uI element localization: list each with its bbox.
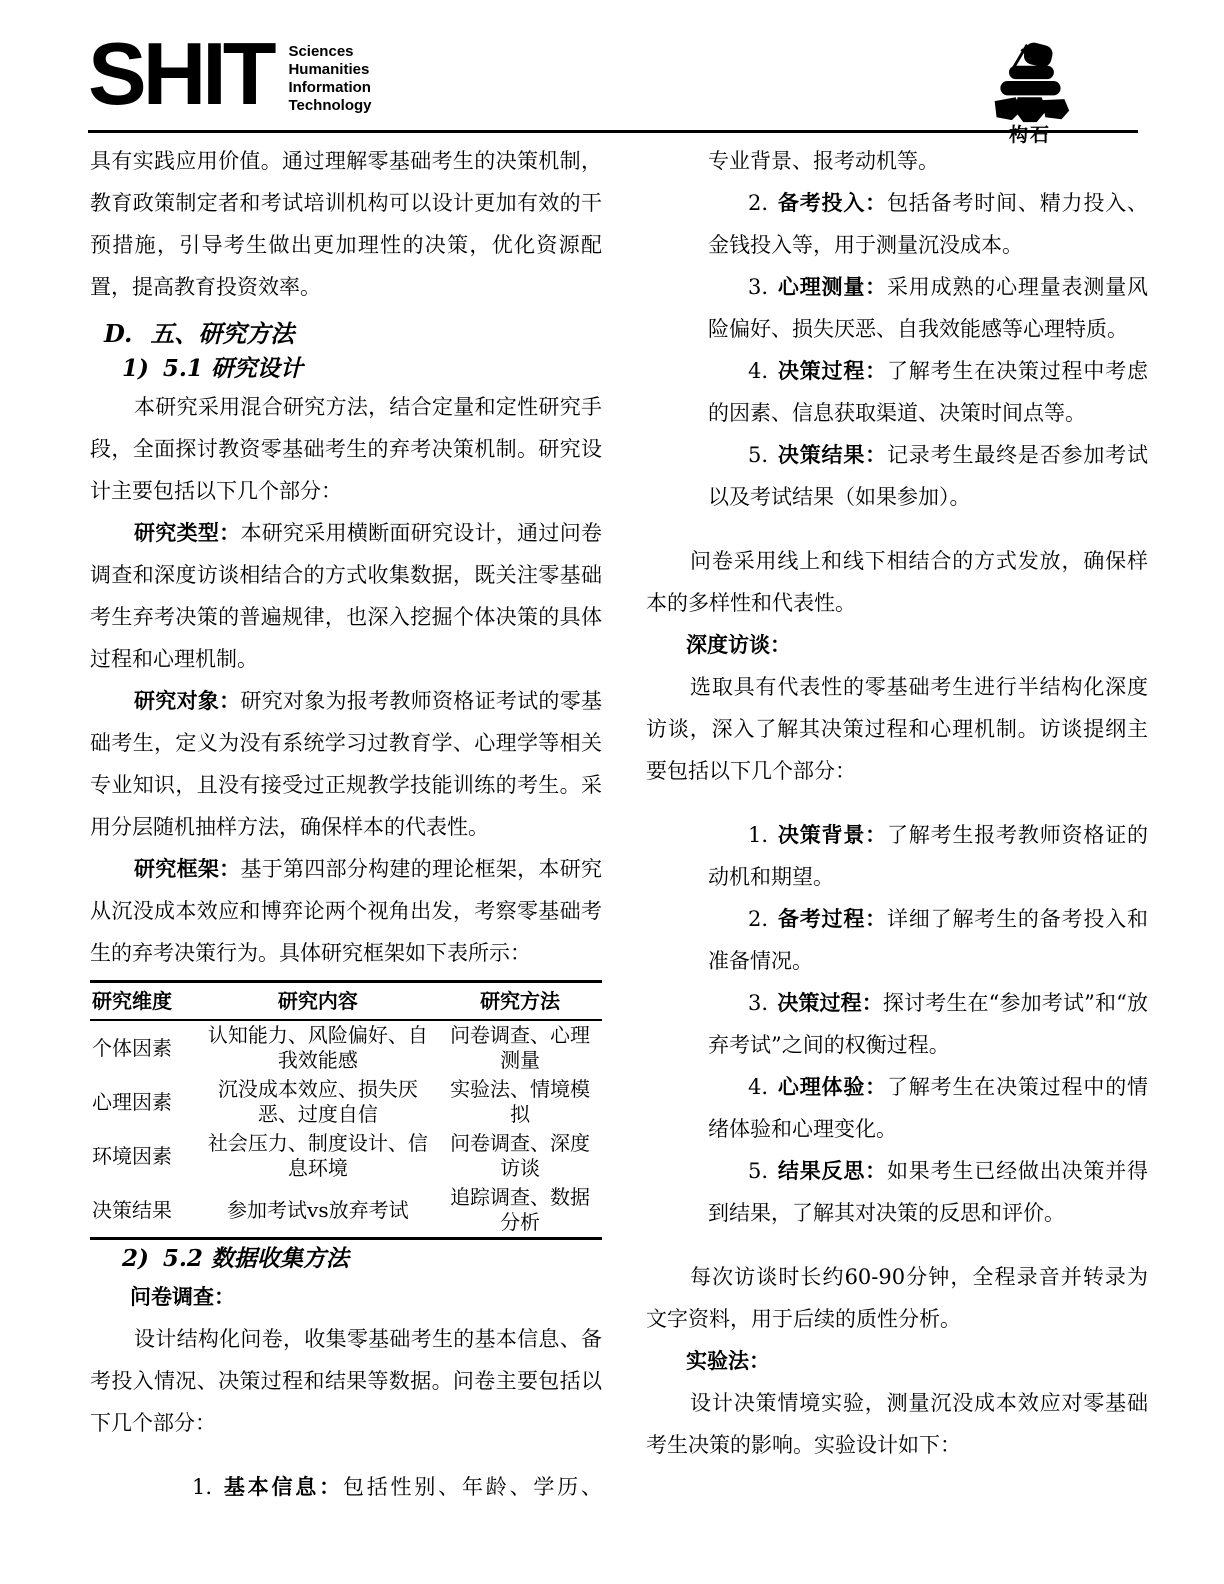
cairn-logo-icon bbox=[982, 38, 1078, 124]
list-item-decision-process: 4.决策过程：了解考生在决策过程中考虑的因素、信息获取渠道、决策时间点等。 bbox=[708, 350, 1148, 434]
table-cell: 社会压力、制度设计、信息环境 bbox=[198, 1129, 439, 1183]
spacer bbox=[646, 1234, 1148, 1256]
list-label: 结果反思： bbox=[777, 1158, 887, 1183]
publisher-stamp: 构石 bbox=[972, 38, 1088, 145]
section-heading-methods: D.五、研究方法 bbox=[90, 316, 602, 352]
spacer bbox=[90, 1444, 602, 1466]
list-number: 5. bbox=[748, 1159, 768, 1183]
list-label: 基本信息： bbox=[221, 1474, 343, 1499]
table-row: 决策结果 参加考试vs放弃考试 追踪调查、数据分析 bbox=[90, 1183, 602, 1239]
table-cell: 实验法、情境模拟 bbox=[438, 1075, 602, 1129]
page: SHIT Sciences Humanities Information Tec… bbox=[0, 0, 1224, 1584]
list-text: 记录考生最终是否参加考试以及考试结果（如果参加）。 bbox=[708, 443, 1148, 509]
list-item-prep-process: 2.备考过程：详细了解考生的备考投入和准备情况。 bbox=[708, 898, 1148, 982]
list-number: 3. bbox=[748, 275, 768, 299]
list-label: 决策过程： bbox=[777, 358, 887, 383]
table-cell: 问卷调查、深度访谈 bbox=[438, 1129, 602, 1183]
list-label: 备考过程： bbox=[777, 906, 887, 931]
table-cell: 问卷调查、心理测量 bbox=[438, 1020, 602, 1075]
list-item-decision-weighing: 3.决策过程：探讨考生在“参加考试”和“放弃考试”之间的权衡过程。 bbox=[708, 982, 1148, 1066]
table-cell: 环境因素 bbox=[90, 1129, 198, 1183]
paragraph-interview: 选取具有代表性的零基础考生进行半结构化深度访谈，深入了解其决策过程和心理机制。访… bbox=[646, 666, 1148, 792]
paragraph-research-type: 研究类型：本研究采用横断面研究设计，通过问卷调查和深度访谈相结合的方式收集数据，… bbox=[90, 512, 602, 680]
table-header-cell: 研究方法 bbox=[438, 982, 602, 1021]
journal-brand: SHIT Sciences Humanities Information Tec… bbox=[88, 36, 372, 115]
list-number: 5. bbox=[748, 443, 768, 467]
paragraph-distribution: 问卷采用线上和线下相结合的方式发放，确保样本的多样性和代表性。 bbox=[646, 540, 1148, 624]
list-text: 包括性别、年龄、学历、 bbox=[343, 1475, 602, 1499]
list-text: 探讨考生在“参加考试”和“放弃考试”之间的权衡过程。 bbox=[708, 991, 1148, 1057]
list-text: 了解考生在决策过程中的情绪体验和心理变化。 bbox=[708, 1075, 1148, 1141]
list-item-psych-experience: 4.心理体验：了解考生在决策过程中的情绪体验和心理变化。 bbox=[708, 1066, 1148, 1150]
list-label: 决策过程： bbox=[777, 990, 883, 1015]
header-rule bbox=[88, 130, 1138, 133]
paragraph-research-frame: 研究框架：基于第四部分构建的理论框架，本研究从沉没成本效应和博弈论两个视角出发，… bbox=[90, 848, 602, 974]
list-label: 决策结果： bbox=[777, 442, 887, 467]
list-text: 如果考生已经做出决策并得到结果，了解其对决策的反思和评价。 bbox=[708, 1159, 1148, 1225]
label-experiment: 实验法： bbox=[646, 1340, 1148, 1382]
subsection-title: 5.1 研究设计 bbox=[163, 355, 303, 382]
table-header-cell: 研究内容 bbox=[198, 982, 439, 1021]
label-interview: 深度访谈： bbox=[646, 624, 1148, 666]
table-row: 环境因素 社会压力、制度设计、信息环境 问卷调查、深度访谈 bbox=[90, 1129, 602, 1183]
table-header-row: 研究维度 研究内容 研究方法 bbox=[90, 982, 602, 1021]
list-number: 1. bbox=[748, 823, 768, 847]
table-cell: 心理因素 bbox=[90, 1075, 198, 1129]
list-text: 详细了解考生的备考投入和准备情况。 bbox=[708, 907, 1148, 973]
subsection-number: 2) bbox=[122, 1245, 149, 1272]
table-cell: 沉没成本效应、损失厌恶、过度自信 bbox=[198, 1075, 439, 1129]
section-number: D. bbox=[104, 319, 132, 348]
list-number: 3. bbox=[748, 991, 768, 1015]
subsection-number: 1) bbox=[122, 355, 149, 382]
brand-word: Sciences bbox=[288, 43, 371, 61]
table-row: 心理因素 沉没成本效应、损失厌恶、过度自信 实验法、情境模拟 bbox=[90, 1075, 602, 1129]
table-cell: 认知能力、风险偏好、自我效能感 bbox=[198, 1020, 439, 1075]
paragraph-interview-duration: 每次访谈时长约60-90分钟，全程录音并转录为文字资料，用于后续的质性分析。 bbox=[646, 1256, 1148, 1340]
list-text: 了解考生报考教师资格证的动机和期望。 bbox=[708, 823, 1148, 889]
list-item-psychometrics: 3.心理测量：采用成熟的心理量表测量风险偏好、损失厌恶、自我效能感等心理特质。 bbox=[708, 266, 1148, 350]
section-title: 五、研究方法 bbox=[150, 319, 294, 348]
spacer bbox=[646, 518, 1148, 540]
list-item-result-reflection: 5.结果反思：如果考生已经做出决策并得到结果，了解其对决策的反思和评价。 bbox=[708, 1150, 1148, 1234]
table-cell: 决策结果 bbox=[90, 1183, 198, 1239]
table-header-cell: 研究维度 bbox=[90, 982, 198, 1021]
list-item-basic-info: 1.基本信息：包括性别、年龄、学历、 bbox=[152, 1466, 602, 1508]
paragraph-research-subject: 研究对象：研究对象为报考教师资格证考试的零基础考生，定义为没有系统学习过教育学、… bbox=[90, 680, 602, 848]
brand-words: Sciences Humanities Information Technolo… bbox=[288, 43, 371, 115]
list-text: 了解考生在决策过程中考虑的因素、信息获取渠道、决策时间点等。 bbox=[708, 359, 1148, 425]
list-item-prep-investment: 2.备考投入：包括备考时间、精力投入、金钱投入等，用于测量沉没成本。 bbox=[708, 182, 1148, 266]
research-framework-table: 研究维度 研究内容 研究方法 个体因素 认知能力、风险偏好、自我效能感 问卷调查… bbox=[90, 980, 602, 1240]
table-cell: 参加考试vs放弃考试 bbox=[198, 1183, 439, 1239]
label-questionnaire: 问卷调查： bbox=[90, 1276, 602, 1318]
paragraph-experiment: 设计决策情境实验，测量沉没成本效应对零基础考生决策的影响。实验设计如下： bbox=[646, 1382, 1148, 1466]
paragraph-lead: 研究对象： bbox=[134, 688, 240, 713]
list-label: 心理体验： bbox=[777, 1074, 887, 1099]
column-left: 具有实践应用价值。通过理解零基础考生的决策机制，教育政策制定者和考试培训机构可以… bbox=[90, 140, 602, 1508]
paragraph-intro: 具有实践应用价值。通过理解零基础考生的决策机制，教育政策制定者和考试培训机构可以… bbox=[90, 140, 602, 308]
list-item-decision-background: 1.决策背景：了解考生报考教师资格证的动机和期望。 bbox=[708, 814, 1148, 898]
table-row: 个体因素 认知能力、风险偏好、自我效能感 问卷调查、心理测量 bbox=[90, 1020, 602, 1075]
subsection-title: 5.2 数据收集方法 bbox=[163, 1245, 349, 1272]
list-number: 1. bbox=[192, 1475, 212, 1499]
list-label: 备考投入： bbox=[777, 190, 887, 215]
column-right: 专业背景、报考动机等。 2.备考投入：包括备考时间、精力投入、金钱投入等，用于测… bbox=[646, 140, 1148, 1466]
list-item-decision-result: 5.决策结果：记录考生最终是否参加考试以及考试结果（如果参加）。 bbox=[708, 434, 1148, 518]
list-label: 决策背景： bbox=[777, 822, 887, 847]
brand-word: Technology bbox=[288, 97, 371, 115]
list-number: 2. bbox=[748, 907, 768, 931]
list-item-continuation: 专业背景、报考动机等。 bbox=[708, 140, 1148, 182]
paragraph-research-design: 本研究采用混合研究方法，结合定量和定性研究手段，全面探讨教资零基础考生的弃考决策… bbox=[90, 386, 602, 512]
paragraph-questionnaire: 设计结构化问卷，收集零基础考生的基本信息、备考投入情况、决策过程和结果等数据。问… bbox=[90, 1318, 602, 1444]
list-label: 心理测量： bbox=[777, 274, 887, 299]
brand-word: Humanities bbox=[288, 61, 371, 79]
list-number: 2. bbox=[748, 191, 768, 215]
table-cell: 追踪调查、数据分析 bbox=[438, 1183, 602, 1239]
table-cell: 个体因素 bbox=[90, 1020, 198, 1075]
brand-word: Information bbox=[288, 79, 371, 97]
paragraph-lead: 研究类型： bbox=[134, 520, 240, 545]
list-number: 4. bbox=[748, 1075, 768, 1099]
brand-acronym: SHIT bbox=[88, 36, 272, 112]
list-text: 包括备考时间、精力投入、金钱投入等，用于测量沉没成本。 bbox=[708, 191, 1148, 257]
subsection-heading-5-1: 1)5.1 研究设计 bbox=[90, 352, 602, 386]
paragraph-lead: 研究框架： bbox=[134, 856, 240, 881]
list-text: 采用成熟的心理量表测量风险偏好、损失厌恶、自我效能感等心理特质。 bbox=[708, 275, 1148, 341]
subsection-heading-5-2: 2)5.2 数据收集方法 bbox=[90, 1242, 602, 1276]
spacer bbox=[646, 792, 1148, 814]
list-number: 4. bbox=[748, 359, 768, 383]
